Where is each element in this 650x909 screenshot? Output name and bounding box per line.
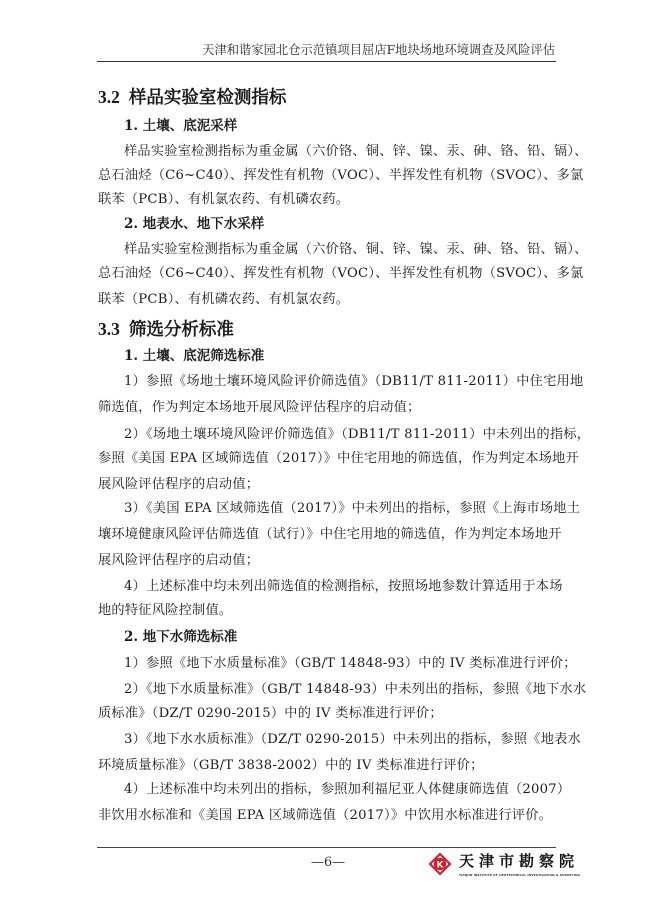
subheading-soil-screening: 1. 土壤、底泥筛选标准 — [124, 347, 264, 365]
logo-name: 天津市勘察院 — [459, 852, 579, 870]
list-item-line: 4）上述标准中均未列出的指标，参照加利福尼亚人体健康筛选值（2007） — [124, 781, 558, 799]
subheading-soil-sampling: 1. 土壤、底泥采样 — [124, 117, 237, 135]
subheading-water-sampling: 2. 地表水、地下水采样 — [124, 215, 264, 233]
tianjin-survey-institute-logo-icon: K — [428, 852, 452, 876]
list-item-line: 2）《地下水质量标准》（GB/T 14848-93）中未列出的指标，参照《地下水… — [124, 681, 558, 699]
list-item-line: 筛选值，作为判定本场地开展风险评估程序的启动值； — [98, 399, 558, 417]
list-item-line: 1）参照《地下水质量标准》（GB/T 14848-93）中的 IV 类标准进行评… — [124, 655, 558, 673]
list-item-line: 3）《美国 EPA 区域筛选值（2017）》中未列出的指标，参照《上海市场地土 — [124, 500, 558, 518]
section-heading-3-2: 3.2样品实验室检测指标 — [98, 86, 286, 108]
logo-subtitle: TIANJIN INSTITUTE OF GEOTECHNICAL INVEST… — [459, 873, 580, 877]
page-number: —6— — [300, 855, 356, 871]
list-item-line: 参照《美国 EPA 区域筛选值（2017）》中住宅用地的筛选值，作为判定本场地开 — [98, 450, 558, 468]
paragraph-line: 联苯（PCB）、有机磷农药、有机氯农药。 — [98, 291, 558, 309]
list-item-line: 展风险评估程序的启动值； — [98, 552, 558, 570]
section-title: 筛选分析标准 — [129, 319, 234, 339]
section-number: 3.2 — [98, 87, 120, 107]
svg-text:K: K — [437, 861, 445, 871]
list-item-line: 3）《地下水水质标准》（DZ/T 0290-2015）中未列出的指标，参照《地表… — [124, 731, 558, 749]
list-item-line: 非饮用水标准和《美国 EPA 区域筛选值（2017）》中饮用水标准进行评价。 — [98, 807, 558, 825]
section-number: 3.3 — [98, 319, 120, 339]
list-item-line: 环境质量标准》（GB/T 3838-2002）中的 IV 类标准进行评价； — [98, 757, 558, 775]
paragraph-line: 总石油烃（C6~C40）、挥发性有机物（VOC）、半挥发性有机物（SVOC）、多… — [98, 265, 558, 283]
paragraph-line: 总石油烃（C6~C40）、挥发性有机物（VOC）、半挥发性有机物（SVOC）、多… — [98, 167, 558, 185]
subheading-groundwater-screening: 2. 地下水筛选标准 — [124, 628, 237, 646]
paragraph-line: 样品实验室检测指标为重金属（六价铬、铜、锌、镍、汞、砷、铬、铅、镉）、 — [124, 143, 558, 161]
list-item-line: 质标准》（DZ/T 0290-2015）中的 IV 类标准进行评价； — [98, 705, 558, 723]
running-header: 天津和谐家园北仓示范镇项目屈店F地块场地环境调查及风险评估 — [97, 42, 555, 62]
section-title: 样品实验室检测指标 — [129, 87, 287, 107]
footer-rule — [97, 847, 556, 848]
list-item-line: 4）上述标准中均未列出筛选值的检测指标，按照场地参数计算适用于本场 — [124, 578, 558, 596]
company-logo: K 天津市勘察院 TIANJIN INSTITUTE OF GEOTECHNIC… — [428, 851, 556, 883]
list-item-line: 展风险评估程序的启动值； — [98, 476, 558, 494]
list-item-line: 地的特征风险控制值。 — [98, 602, 558, 620]
paragraph-line: 样品实验室检测指标为重金属（六价铬、铜、锌、镍、汞、砷、铬、铅、镉）、 — [124, 241, 558, 259]
header-rule — [97, 61, 556, 62]
section-heading-3-3: 3.3筛选分析标准 — [98, 318, 234, 340]
paragraph-line: 联苯（PCB）、有机氯农药、有机磷农药。 — [98, 191, 558, 209]
list-item-line: 壤环境健康风险评估筛选值（试行）》中住宅用地的筛选值，作为判定本场地开 — [98, 526, 558, 544]
document-page: 天津和谐家园北仓示范镇项目屈店F地块场地环境调查及风险评估 3.2样品实验室检测… — [0, 0, 650, 909]
list-item-line: 2）《场地土壤环境风险评价筛选值》（DB11/T 811-2011）中未列出的指… — [124, 426, 558, 444]
list-item-line: 1）参照《场地土壤环境风险评价筛选值》（DB11/T 811-2011）中住宅用… — [124, 373, 558, 391]
